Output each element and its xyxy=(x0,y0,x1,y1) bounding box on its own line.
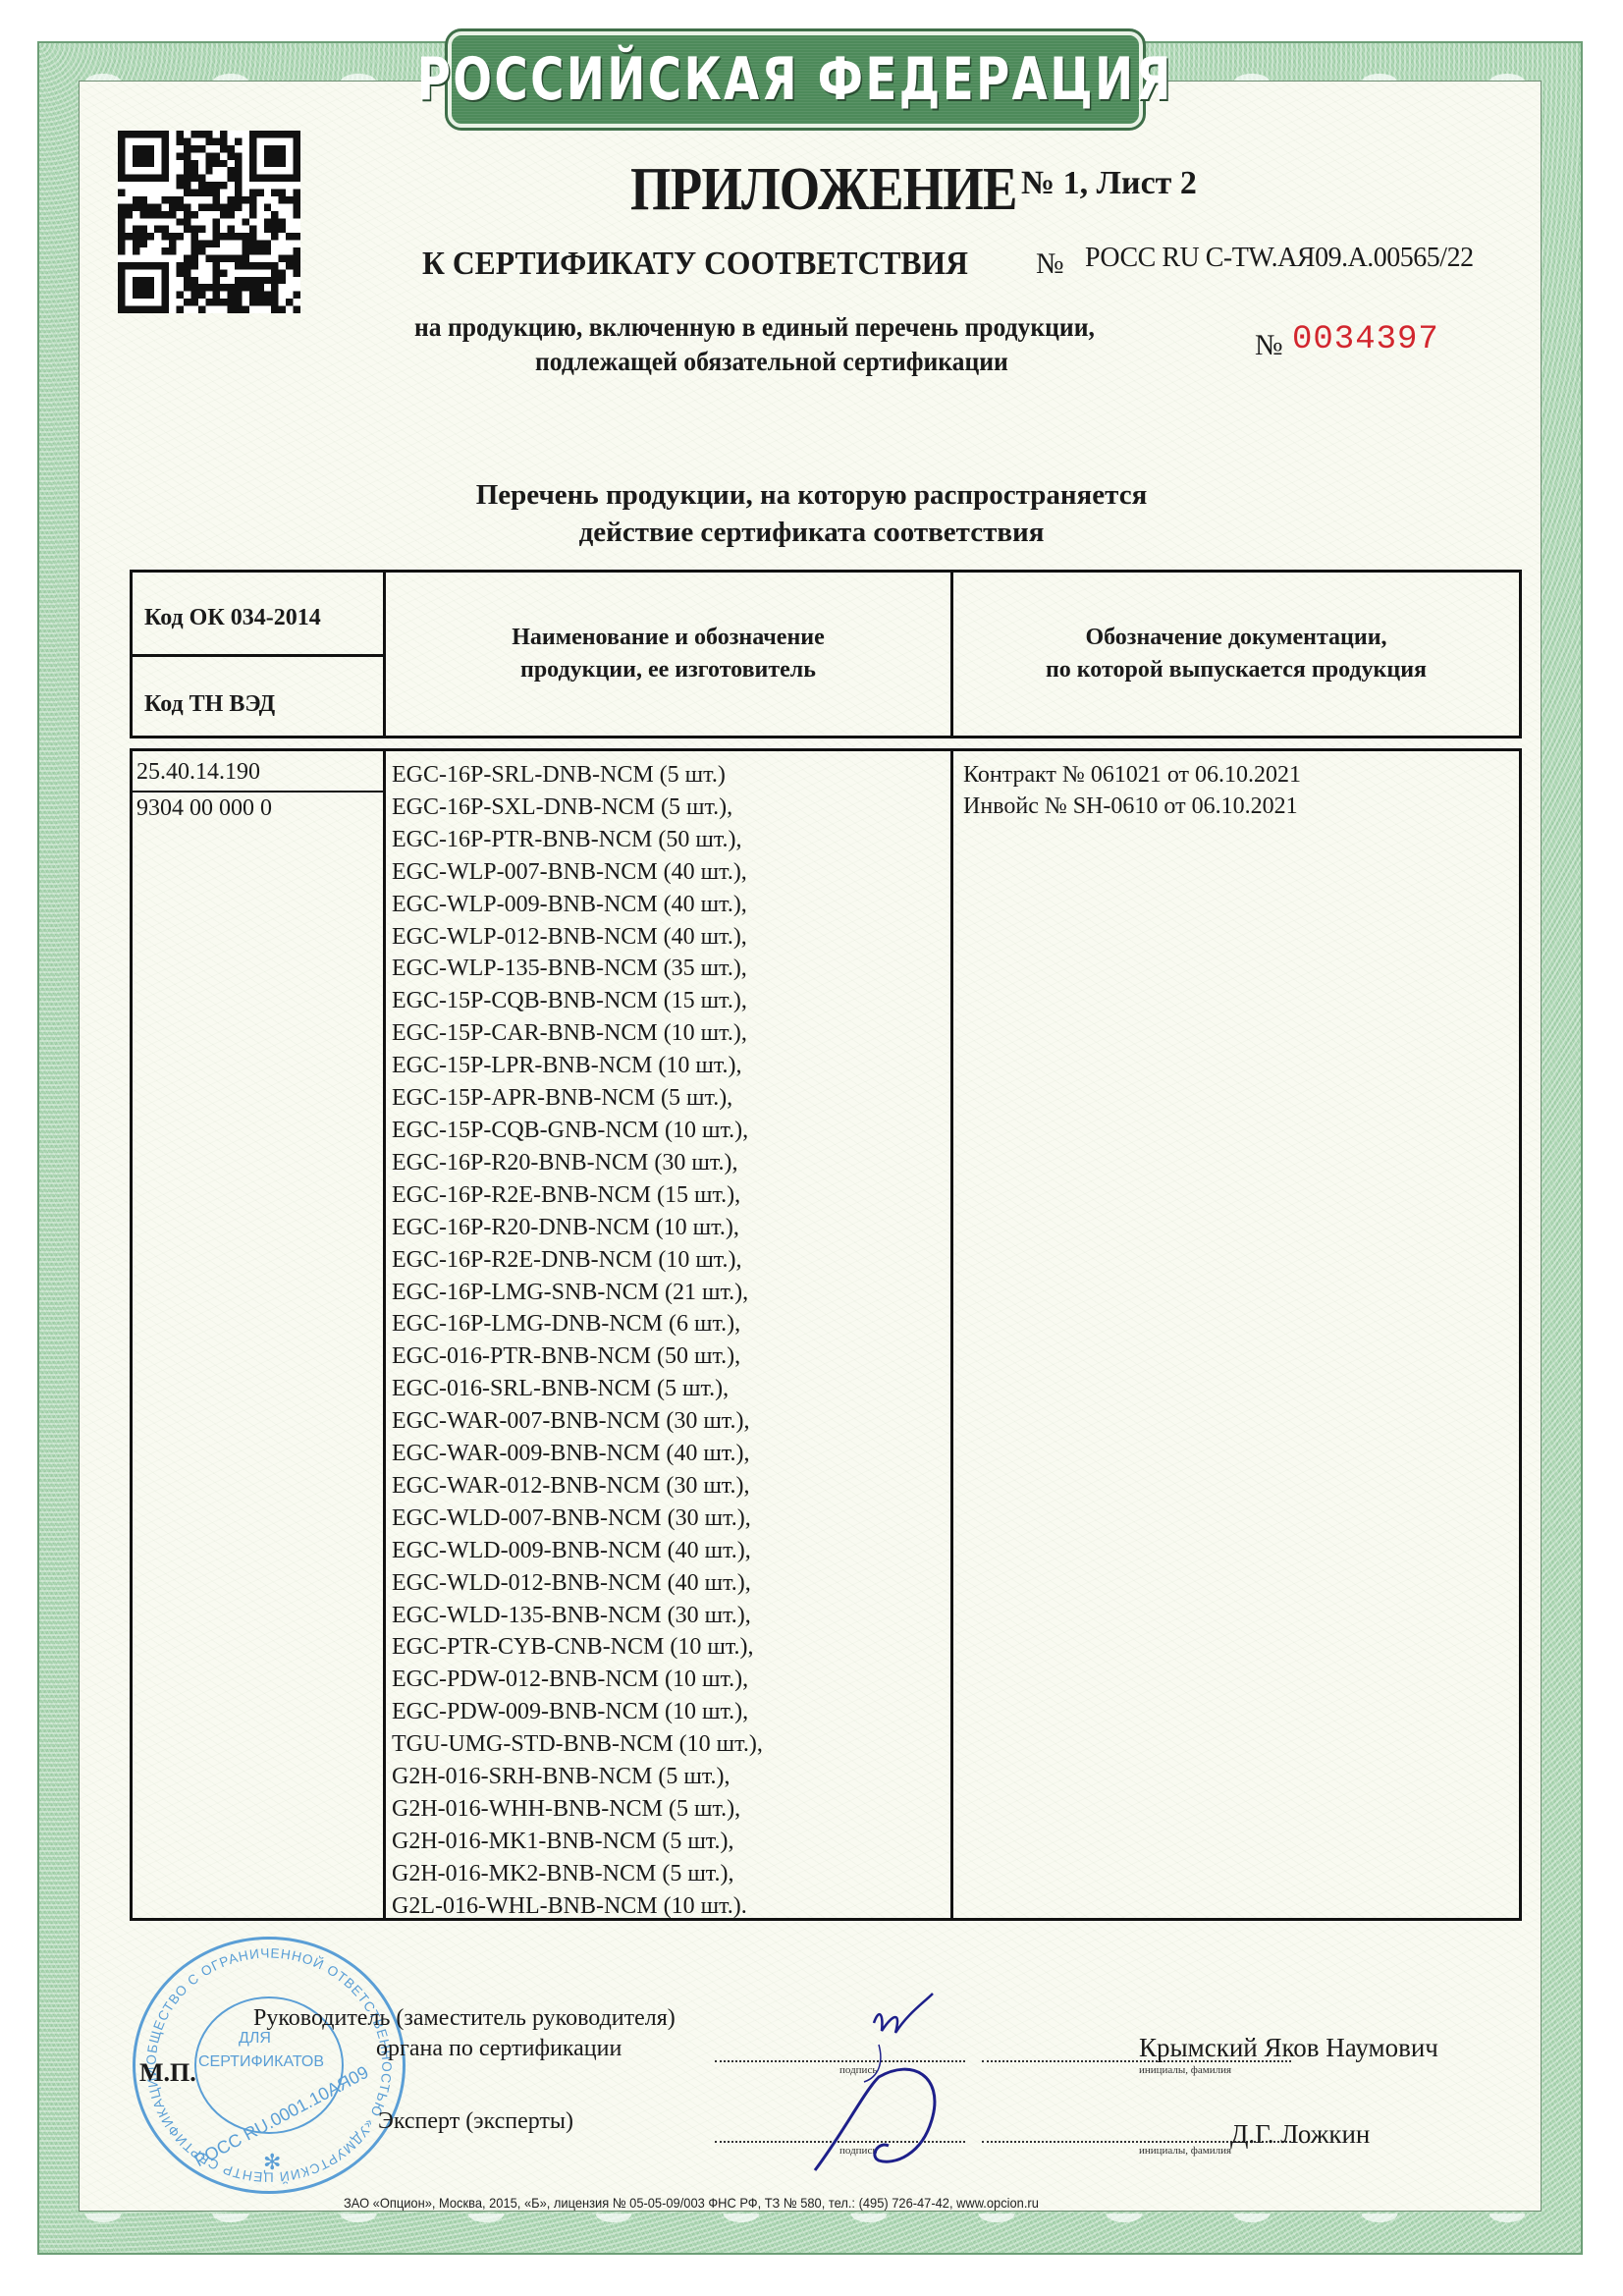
header-product-line-2: продукции, ее изготовитель xyxy=(512,654,825,686)
stamp-center-line-2: СЕРТИФИКАТОВ xyxy=(198,2053,324,2071)
product-item: G2H-016-MK1-BNB-NCM (5 шт.), xyxy=(392,1826,950,1858)
product-item: EGC-WAR-007-BNB-NCM (30 шт.), xyxy=(392,1405,950,1438)
product-item: EGC-WLP-135-BNB-NCM (35 шт.), xyxy=(392,953,950,985)
product-item: EGC-15P-APR-BNB-NCM (5 шт.), xyxy=(392,1082,950,1115)
product-item: EGC-WAR-012-BNB-NCM (30 шт.), xyxy=(392,1470,950,1503)
header-doc-line-2: по которой выпускается продукция xyxy=(1046,654,1427,686)
documentation-item: Контракт № 061021 от 06.10.2021 xyxy=(963,759,1519,791)
product-item: EGC-016-SRL-BNB-NCM (5 шт.), xyxy=(392,1373,950,1405)
product-item: EGC-16P-LMG-SNB-NCM (21 шт.), xyxy=(392,1277,950,1309)
product-item: EGC-15P-CQB-GNB-NCM (10 шт.), xyxy=(392,1115,950,1147)
product-item: EGC-016-PTR-BNB-NCM (50 шт.), xyxy=(392,1340,950,1373)
expert-name: Д.Г. Ложкин xyxy=(1230,2119,1370,2150)
header-okpd-label: Код ОК 034-2014 xyxy=(144,605,321,630)
products-cell: EGC-16P-SRL-DNB-NCM (5 шт.)EGC-16P-SXL-D… xyxy=(386,751,953,1918)
printer-footer: ЗАО «Опцион», Москва, 2015, «Б», лицензи… xyxy=(344,2195,1039,2211)
product-item: EGC-PDW-009-BNB-NCM (10 шт.), xyxy=(392,1696,950,1728)
product-item: EGC-PTR-CYB-CNB-NCM (10 шт.), xyxy=(392,1631,950,1664)
product-item: EGC-WLP-007-BNB-NCM (40 шт.), xyxy=(392,856,950,889)
product-item: EGC-15P-LPR-BNB-NCM (10 шт.), xyxy=(392,1050,950,1082)
product-item: TGU-UMG-STD-BNB-NCM (10 шт.), xyxy=(392,1728,950,1761)
codes-divider xyxy=(133,791,383,793)
product-item: EGC-16P-PTR-BNB-NCM (50 шт.), xyxy=(392,824,950,856)
expert-name-caption: инициалы, фамилия xyxy=(1139,2145,1231,2157)
codes-cell: 25.40.14.190 9304 00 000 0 xyxy=(133,751,386,1918)
product-item: EGC-WLD-009-BNB-NCM (40 шт.), xyxy=(392,1535,950,1567)
table-body: 25.40.14.190 9304 00 000 0 EGC-16P-SRL-D… xyxy=(130,748,1522,1921)
country-banner: РОССИЙСКАЯ ФЕДЕРАЦИЯ xyxy=(448,31,1143,128)
head-role-line-2: органа по сертификации xyxy=(376,2036,622,2062)
header-tnved-label: Код ТН ВЭД xyxy=(144,691,275,717)
blank-serial-number: 0034397 xyxy=(1292,321,1439,358)
documentation-cell: Контракт № 061021 от 06.10.2021Инвойс № … xyxy=(953,751,1519,1918)
frame-wave-bottom xyxy=(39,2214,1581,2253)
header-codes-column: Код ОК 034-2014 Код ТН ВЭД xyxy=(133,573,386,736)
stamp-center-line-1: ДЛЯ xyxy=(239,2030,271,2048)
handwritten-signatures xyxy=(785,1984,1001,2190)
table-header: Код ОК 034-2014 Код ТН ВЭД Наименование … xyxy=(130,570,1522,738)
product-item: EGC-16P-R2E-BNB-NCM (15 шт.), xyxy=(392,1179,950,1212)
list-heading-line-1: Перечень продукции, на которую распростр… xyxy=(0,479,1623,512)
header-cell-okpd: Код ОК 034-2014 xyxy=(133,573,383,657)
list-heading-line-2: действие сертификата соответствия xyxy=(0,517,1623,549)
product-item: EGC-WLD-135-BNB-NCM (30 шт.), xyxy=(392,1600,950,1632)
documentation-item: Инвойс № SH-0610 от 06.10.2021 xyxy=(963,791,1519,822)
head-name-caption: инициалы, фамилия xyxy=(1139,2064,1231,2076)
number-sign: № xyxy=(1036,247,1064,281)
product-item: G2H-016-SRH-BNB-NCM (5 шт.), xyxy=(392,1761,950,1793)
blank-number-sign: № xyxy=(1255,329,1283,362)
header-cell-product: Наименование и обозначение продукции, ее… xyxy=(386,573,953,736)
product-item: EGC-16P-R2E-DNB-NCM (10 шт.), xyxy=(392,1244,950,1277)
product-item: EGC-WLD-012-BNB-NCM (40 шт.), xyxy=(392,1567,950,1600)
subtitle-line-2: подлежащей обязательной сертификации xyxy=(535,347,1008,377)
head-name: Крымский Яков Наумович xyxy=(1139,2033,1438,2063)
product-item: EGC-WAR-009-BNB-NCM (40 шт.), xyxy=(392,1438,950,1470)
product-item: G2L-016-WHL-BNB-NCM (10 шт.). xyxy=(392,1890,950,1923)
product-item: EGC-PDW-012-BNB-NCM (10 шт.), xyxy=(392,1664,950,1696)
stamp-star-icon: ✻ xyxy=(263,2150,281,2175)
product-item: EGC-15P-CAR-BNB-NCM (10 шт.), xyxy=(392,1017,950,1050)
okpd-code: 25.40.14.190 xyxy=(136,759,260,786)
product-item: EGC-16P-LMG-DNB-NCM (6 шт.), xyxy=(392,1308,950,1340)
header-doc-line-1: Обозначение документации, xyxy=(1046,622,1427,654)
product-item: EGC-16P-SXL-DNB-NCM (5 шт.), xyxy=(392,792,950,824)
product-item: EGC-16P-SRL-DNB-NCM (5 шт.) xyxy=(392,759,950,792)
certificate-number: РОСС RU C-TW.АЯ09.А.00565/22 xyxy=(1085,243,1474,274)
expert-role: Эксперт (эксперты) xyxy=(378,2108,573,2135)
product-item: EGC-16P-R20-DNB-NCM (10 шт.), xyxy=(392,1212,950,1244)
tnved-code: 9304 00 000 0 xyxy=(136,795,272,822)
subtitle-line-1: на продукцию, включенную в единый перече… xyxy=(414,312,1095,343)
header-cell-documentation: Обозначение документации, по которой вып… xyxy=(953,573,1519,736)
product-item: G2H-016-WHH-BNB-NCM (5 шт.), xyxy=(392,1793,950,1826)
qr-code-icon xyxy=(118,131,300,313)
product-item: G2H-016-MK2-BNB-NCM (5 шт.), xyxy=(392,1858,950,1890)
banner-text: РОССИЙСКАЯ ФЕДЕРАЦИЯ xyxy=(417,45,1173,114)
product-item: EGC-15P-CQB-BNB-NCM (15 шт.), xyxy=(392,985,950,1017)
sheet-number: № 1, Лист 2 xyxy=(1021,165,1197,202)
product-item: EGC-WLP-009-BNB-NCM (40 шт.), xyxy=(392,889,950,921)
head-role-line-1: Руководитель (заместитель руководителя) xyxy=(253,2005,676,2032)
certificate-label: К СЕРТИФИКАТУ СООТВЕТСТВИЯ xyxy=(422,246,968,283)
header-cell-tnved: Код ТН ВЭД xyxy=(133,657,383,736)
product-item: EGC-16P-R20-BNB-NCM (30 шт.), xyxy=(392,1147,950,1179)
document-title: ПРИЛОЖЕНИЕ xyxy=(630,155,1017,225)
seal-label: М.П. xyxy=(139,2058,196,2088)
product-item: EGC-WLD-007-BNB-NCM (30 шт.), xyxy=(392,1503,950,1535)
header-product-line-1: Наименование и обозначение xyxy=(512,622,825,654)
product-item: EGC-WLP-012-BNB-NCM (40 шт.), xyxy=(392,921,950,954)
